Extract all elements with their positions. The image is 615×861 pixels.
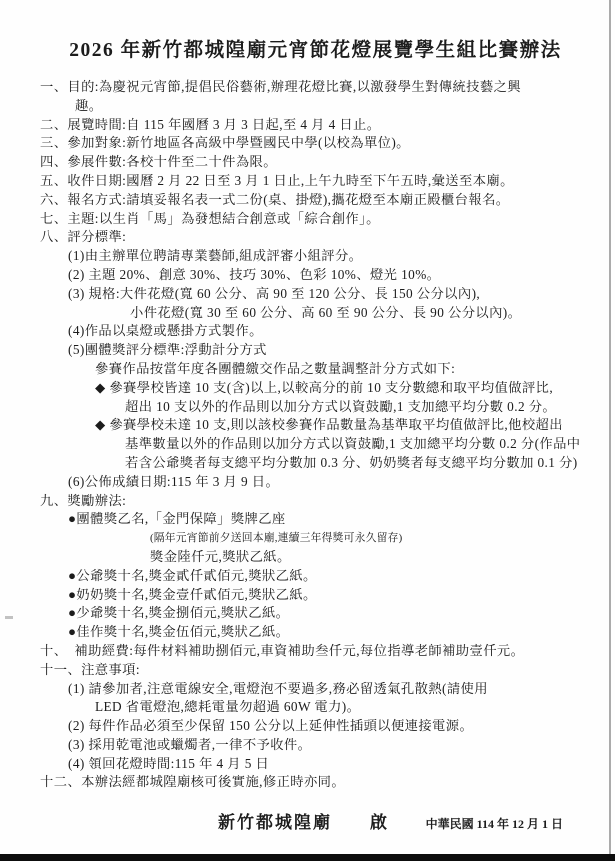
award-shaoye: ●少爺獎十名,獎金捌佰元,獎狀乙紙。 (40, 604, 591, 623)
scoring-size-small: 小件花燈(寬 30 至 60 公分、高 60 至 90 公分、長 90 公分以內… (40, 304, 591, 323)
scan-edge-line (609, 0, 611, 861)
scan-bottom-bar (0, 854, 615, 861)
rule-participants: 三、參加對象:新竹地區各高級中學暨國民中學(以校為單位)。 (40, 134, 591, 153)
rule-entry-count: 四、參展件數:各校十件至二十件為限。 (40, 153, 591, 172)
scoring-display-type: (4)作品以桌燈或懸掛方式製作。 (40, 322, 591, 341)
scoring-bullet-2-cont1: 基準數量以外的作品則以加分方式以資鼓勵,1 支加總平均分數 0.2 分(作品中 (40, 435, 591, 454)
award-group: ●團體獎乙名,「金門保障」獎牌乙座 (40, 510, 591, 529)
scoring-adjust-intro: 參賽作品按當年度各團體繳交作品之數量調整計分方式如下: (40, 360, 591, 379)
rule-collection-date: 五、收件日期:國曆 2 月 22 日至 3 月 1 日止,上午九時至下午五時,彙… (40, 172, 591, 191)
note-battery: (3) 採用乾電池或蠟燭者,一律不予收件。 (40, 736, 591, 755)
note-electrical-cont: LED 省電燈泡,總耗電量勿超過 60W 電力)。 (40, 698, 591, 717)
note-electrical: (1) 請參加者,注意電線安全,電燈泡不要過多,務必留透氣孔散熱(請使用 (40, 680, 591, 699)
rule-subsidy: 十、 補助經費:每件材料補助捌佰元,車資補助叁仟元,每位指導老師補助壹仟元。 (40, 642, 591, 661)
award-nainai: ●奶奶獎十名,獎金壹仟貳佰元,獎狀乙紙。 (40, 586, 591, 605)
document-content: 2026 年新竹都城隍廟元宵節花燈展覽學生組比賽辦法 一、目的:為慶祝元宵節,提… (0, 0, 615, 833)
issue-date: 中華民國 114 年 12 月 1 日 (426, 815, 563, 832)
scoring-bullet-1-cont: 超出 10 支以外的作品則以加分方式以資鼓勵,1 支加總平均分數 0.2 分。 (40, 398, 591, 417)
rule-exhibition-time: 二、展覽時間:自 115 年國曆 3 月 3 日起,至 4 月 4 日止。 (40, 116, 591, 135)
award-gongye: ●公爺獎十名,獎金貳仟貳佰元,獎狀乙紙。 (40, 567, 591, 586)
rule-registration: 六、報名方式:請填妥報名表一式二份(桌、掛燈),攜花燈至本廟正殿櫃台報名。 (40, 191, 591, 210)
scoring-bullet-2: ◆ 參賽學校未達 10 支,則以該校參賽作品數量為基準取平均值做評比,他校超出 (40, 416, 591, 435)
note-plug: (2) 每件作品必須至少保留 150 公分以上延伸性插頭以便連接電源。 (40, 717, 591, 736)
document-title: 2026 年新竹都城隍廟元宵節花燈展覽學生組比賽辦法 (40, 34, 591, 62)
rule-notes-header: 十一、注意事項: (40, 661, 591, 680)
scoring-judges: (1)由主辦單位聘請專業藝師,組成評審小組評分。 (40, 247, 591, 266)
scanned-document-page: 2026 年新竹都城隍廟元宵節花燈展覽學生組比賽辦法 一、目的:為慶祝元宵節,提… (0, 0, 615, 861)
document-footer: 新竹都城隍廟 啟 中華民國 114 年 12 月 1 日 (40, 808, 591, 833)
scoring-weights: (2) 主題 20%、創意 30%、技巧 30%、色彩 10%、燈光 10%。 (40, 266, 591, 285)
scoring-bullet-2-cont2: 若含公爺獎者每支總平均分數加 0.3 分、奶奶獎者每支總平均分數加 0.1 分) (40, 454, 591, 473)
rule-final: 十二、本辦法經都城隍廟核可後實施,修正時亦同。 (40, 773, 591, 792)
rule-theme: 七、主題:以生肖「馬」為發想結合創意或「綜合創作」。 (40, 210, 591, 229)
award-group-note: (隔年元宵節前夕送回本廟,連續三年得獎可永久留存) (40, 529, 591, 548)
scoring-results-date: (6)公佈成績日期:115 年 3 月 9 日。 (40, 473, 591, 492)
scoring-group-method: (5)團體獎評分標準:浮動計分方式 (40, 341, 591, 360)
rule-scoring-header: 八、評分標準: (40, 228, 591, 247)
scoring-size-large: (3) 規格:大件花燈(寬 60 公分、高 90 至 120 公分、長 150 … (40, 285, 591, 304)
scoring-bullet-1: ◆ 參賽學校皆達 10 支(含)以上,以較高分的前 10 支分數總和取平均值做評… (40, 379, 591, 398)
note-pickup-date: (4) 領回花燈時間:115 年 4 月 5 日 (40, 755, 591, 774)
rule-purpose: 一、目的:為慶祝元宵節,提倡民俗藝術,辦理花燈比賽,以激發學生對傳統技藝之興 (40, 78, 591, 97)
rule-purpose-cont: 趣。 (40, 97, 591, 116)
issuer-signature: 新竹都城隍廟 啟 (218, 808, 389, 833)
award-jiazuo: ●佳作獎十名,獎金伍佰元,獎狀乙紙。 (40, 623, 591, 642)
rule-awards-header: 九、獎勵辦法: (40, 492, 591, 511)
award-group-prize: 獎金陸仟元,獎狀乙紙。 (40, 548, 591, 567)
scan-artifact (5, 616, 13, 619)
